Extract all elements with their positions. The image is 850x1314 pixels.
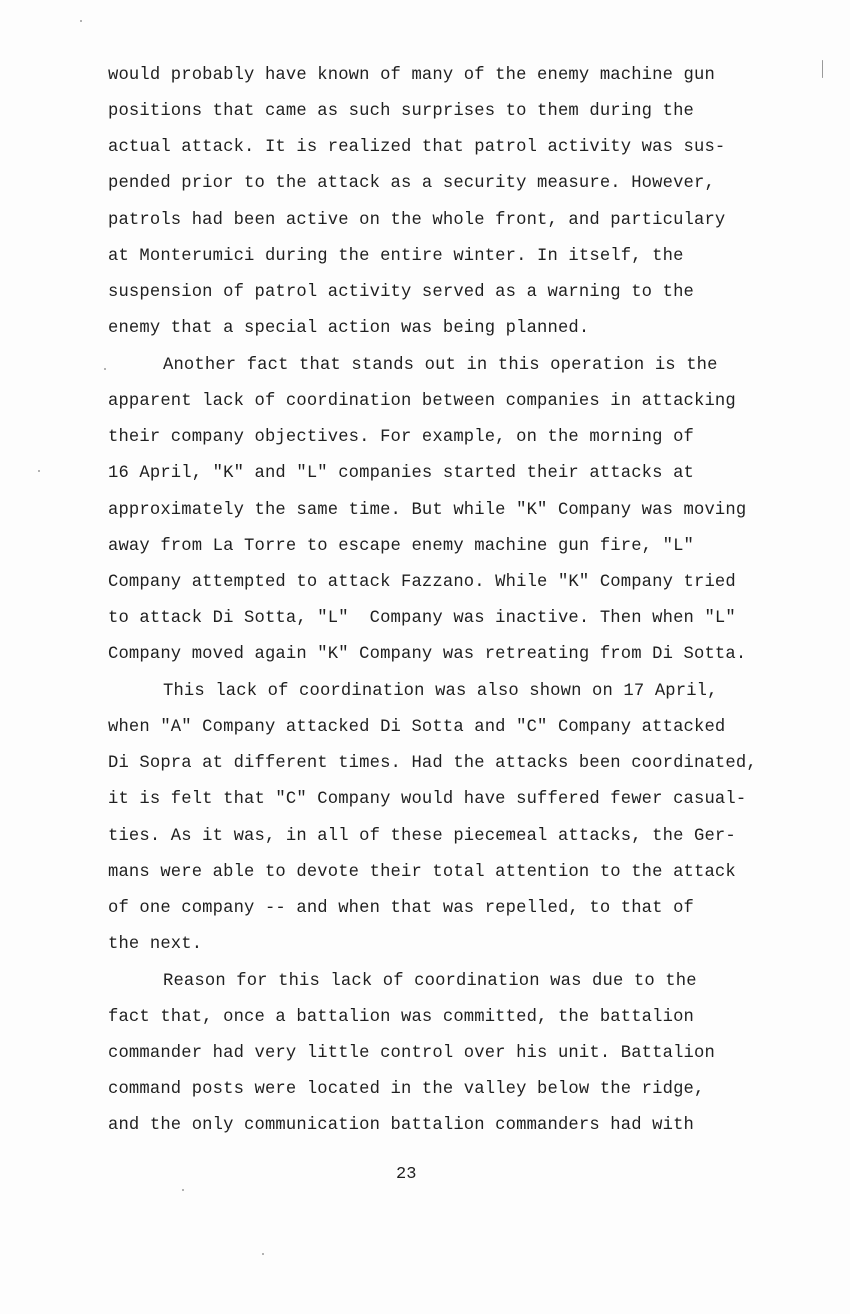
text-line: away from La Torre to escape enemy machi… (108, 537, 694, 557)
text-line: would probably have known of many of the… (108, 66, 715, 86)
text-line: approximately the same time. But while "… (108, 501, 746, 521)
text-line: their company objectives. For example, o… (108, 428, 694, 448)
text-line: ties. As it was, in all of these pieceme… (108, 827, 736, 847)
text-line: suspension of patrol activity served as … (108, 283, 694, 303)
text-line: command posts were located in the valley… (108, 1080, 704, 1100)
text-line: patrols had been active on the whole fro… (108, 211, 725, 231)
text-line: Company attempted to attack Fazzano. Whi… (108, 573, 736, 593)
text-line: positions that came as such surprises to… (108, 102, 694, 122)
scan-speck (38, 470, 40, 472)
page-number: 23 (396, 1165, 416, 1184)
text-line: the next. (108, 935, 202, 955)
text-line: apparent lack of coordination between co… (108, 392, 736, 412)
text-line: and the only communication battalion com… (108, 1116, 694, 1136)
scan-speck (822, 60, 823, 78)
text-line: when "A" Company attacked Di Sotta and "… (108, 718, 725, 738)
paragraph-start-line: Reason for this lack of coordination was… (163, 972, 697, 992)
text-line: pended prior to the attack as a security… (108, 174, 715, 194)
scan-speck (262, 1253, 264, 1255)
document-page: would probably have known of many of the… (0, 0, 850, 1314)
text-line: actual attack. It is realized that patro… (108, 138, 725, 158)
paragraph-start-line: This lack of coordination was also shown… (163, 682, 718, 702)
text-line: 16 April, "K" and "L" companies started … (108, 464, 694, 484)
scan-speck (80, 20, 82, 22)
text-line: at Monterumici during the entire winter.… (108, 247, 684, 267)
text-line: commander had very little control over h… (108, 1044, 715, 1064)
scan-speck (104, 368, 106, 370)
scan-speck (182, 1189, 184, 1191)
text-line: to attack Di Sotta, "L" Company was inac… (108, 609, 736, 629)
text-line: mans were able to devote their total att… (108, 863, 736, 883)
text-line: enemy that a special action was being pl… (108, 319, 589, 339)
text-line: fact that, once a battalion was committe… (108, 1008, 694, 1028)
text-line: Di Sopra at different times. Had the att… (108, 754, 757, 774)
paragraph-start-line: Another fact that stands out in this ope… (163, 356, 718, 376)
text-line: of one company -- and when that was repe… (108, 899, 694, 919)
text-line: it is felt that "C" Company would have s… (108, 790, 746, 810)
text-line: Company moved again "K" Company was retr… (108, 645, 746, 665)
